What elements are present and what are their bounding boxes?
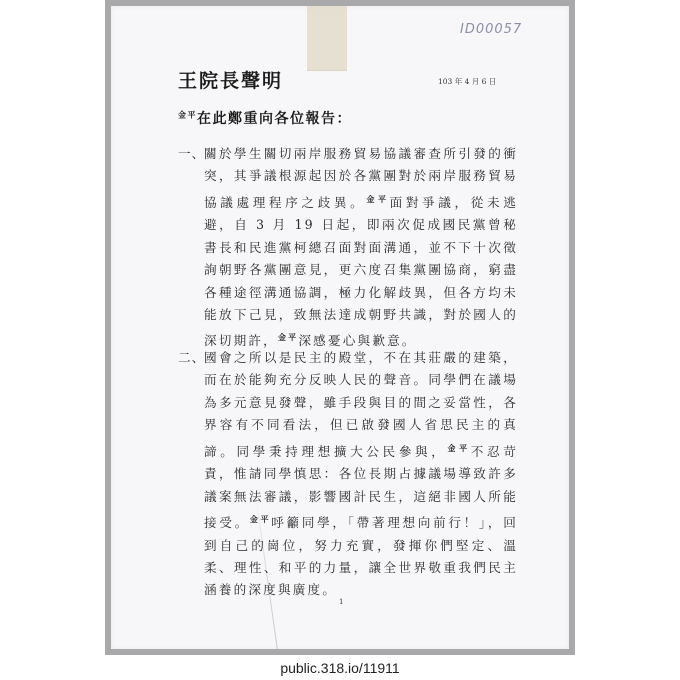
signature-name: 金平: [447, 443, 470, 453]
source-url: public.318.io/11911: [0, 660, 680, 676]
handwritten-id: ID00057: [460, 22, 522, 37]
signature-name: 金平: [250, 514, 271, 524]
item-body: 國會之所以是民主的殿堂，不在其莊嚴的建築，而在於能夠充分反映人民的聲音。同學們在…: [204, 347, 518, 602]
page-number: 1: [339, 598, 343, 606]
signature-name: 金平: [178, 109, 197, 119]
signature-name: 金平: [366, 194, 389, 204]
item-marker: 一、: [178, 143, 205, 165]
item-marker: 二、: [178, 347, 205, 369]
intro-text: 在此鄭重向各位報告：: [197, 111, 352, 127]
document-title: 王院長聲明: [178, 66, 283, 93]
item-body: 關於學生關切兩岸服務貿易協議審查所引發的衝突，其爭議根源起因於各黨團對於兩岸服務…: [204, 143, 518, 353]
text-segment: 面對爭議，從未逃避，自 3 月 19 日起，即兩次促成國民黨曾秘書長和民進黨柯總…: [204, 195, 518, 349]
statement-item-1: 一、 關於學生關切兩岸服務貿易協議審查所引發的衝突，其爭議根源起因於各黨團對於兩…: [178, 143, 518, 353]
statement-item-2: 二、 國會之所以是民主的殿堂，不在其莊嚴的建築，而在於能夠充分反映人民的聲音。同…: [178, 347, 518, 602]
signature-name: 金平: [278, 332, 298, 342]
tape-strip: [307, 6, 347, 71]
document-date: 103 年 4 月 6 日: [438, 76, 496, 87]
intro-line: 金平在此鄭重向各位報告：: [178, 108, 352, 128]
text-segment: 呼籲同學，「帶著理想向前行！」，回到自己的崗位，努力充實，發揮你們堅定、溫柔、理…: [204, 515, 518, 597]
